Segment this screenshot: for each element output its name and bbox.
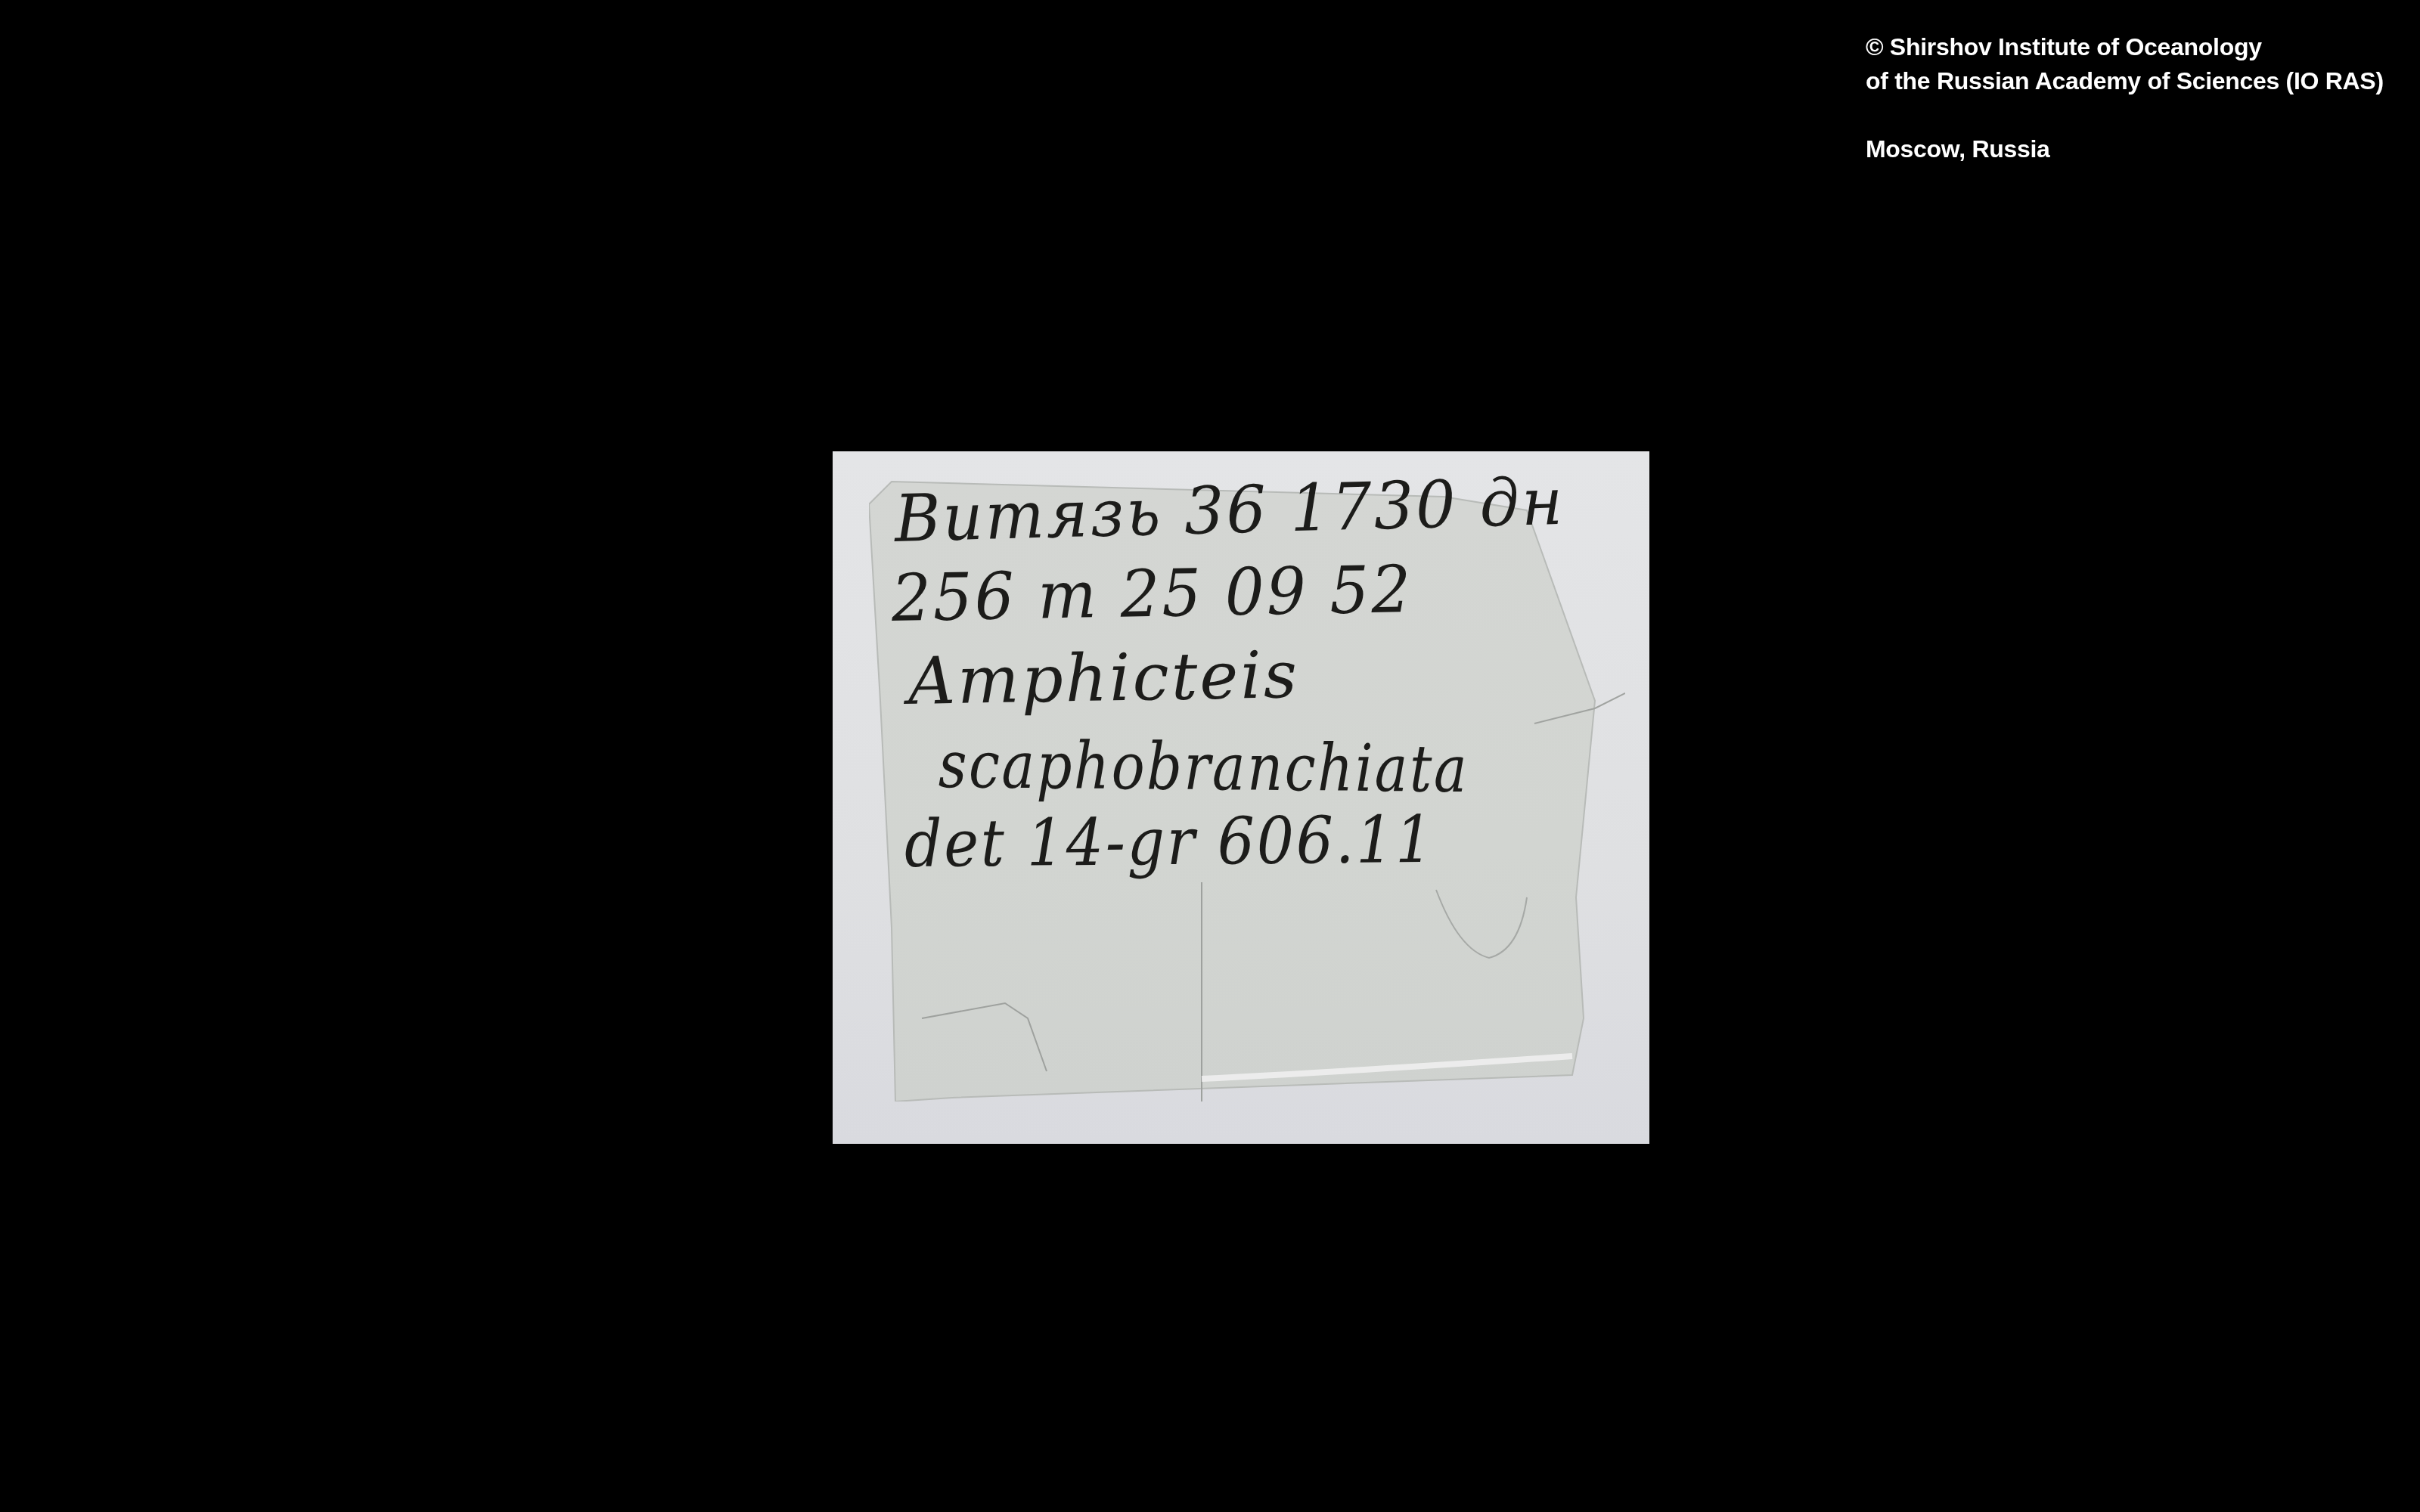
- handwriting-line-3: Amphicteis: [907, 637, 1300, 720]
- handwriting-line-2: 256 m 25 09 52: [891, 552, 1413, 637]
- copyright-caption: © Shirshov Institute of Oceanology of th…: [1866, 30, 2384, 166]
- specimen-label-photo: Витязь 36 1730 дн 256 m 25 09 52 Amphict…: [833, 451, 1649, 1144]
- caption-spacer: [1866, 98, 2384, 132]
- handwriting-line-5: det 14-gr 606.11: [904, 802, 1435, 882]
- handwriting-line-4: scaphobranchiata: [939, 727, 1469, 807]
- caption-line-academy: of the Russian Academy of Sciences (IO R…: [1866, 64, 2384, 98]
- caption-line-institute: © Shirshov Institute of Oceanology: [1866, 30, 2384, 64]
- caption-line-location: Moscow, Russia: [1866, 132, 2384, 166]
